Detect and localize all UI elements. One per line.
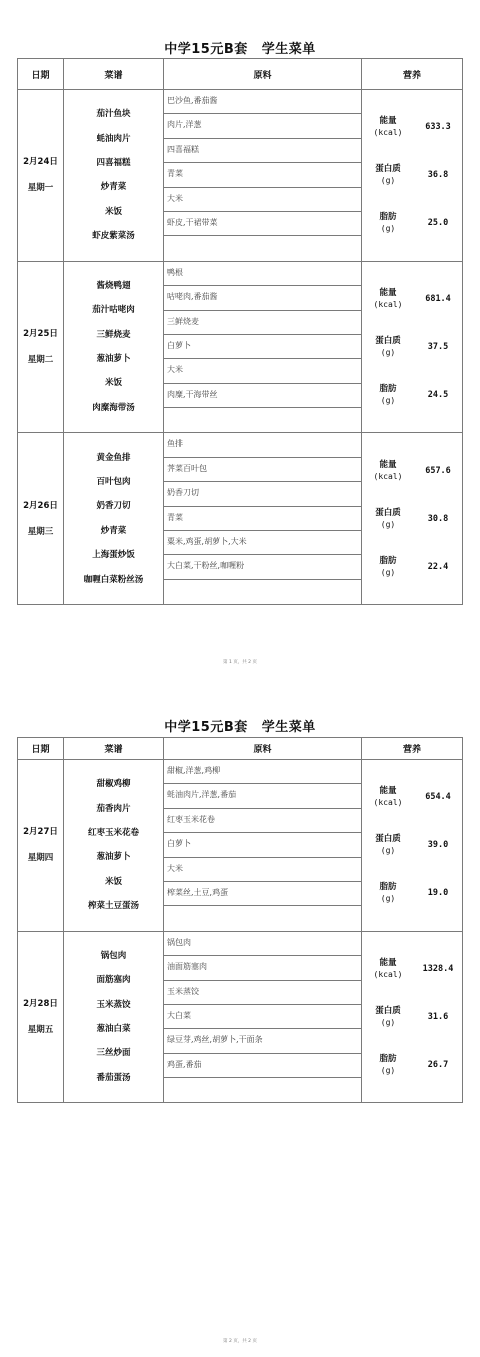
- ingredient-item: 荠菜百叶包: [164, 458, 361, 482]
- date-cell: 2月28日 星期五: [18, 931, 64, 1103]
- nutrient-value: 1328.4: [414, 964, 462, 974]
- menu-table: 日期 菜谱 原料 营养 2月24日 星期一 茄汁鱼块 蚝油肉片 四喜福糕 炒青菜…: [17, 58, 463, 605]
- dish-item: 奶香刀切: [64, 494, 163, 518]
- dish-item: 茄汁鱼块: [64, 102, 163, 126]
- dish-item: 面筋塞肉: [64, 968, 163, 992]
- ingredient-item: 大白菜,干粉丝,咖喱粉: [164, 555, 361, 579]
- page-footer: 第 1 页，共 2 页: [0, 659, 480, 665]
- nutrient-unit: (g): [362, 567, 414, 578]
- ingredient-item: 蚝油肉片,洋葱,番茄: [164, 784, 361, 808]
- nutrient-value: 654.4: [414, 792, 462, 802]
- ingredient-item: 青菜: [164, 163, 361, 187]
- dish-item: 葱油萝卜: [64, 845, 163, 869]
- dish-list: 茄汁鱼块 蚝油肉片 四喜福糕 炒青菜 米饭 虾皮紫菜汤: [64, 90, 164, 262]
- ingredient-item: [164, 236, 361, 260]
- nutrient-label: 脂肪: [362, 556, 414, 567]
- nutrient-unit: (kcal): [362, 127, 414, 138]
- ingredient-item: 大白菜: [164, 1005, 361, 1029]
- ingredient-item: 绿豆芽,鸡丝,胡萝卜,干面条: [164, 1029, 361, 1053]
- nutrient-unit: (kcal): [362, 471, 414, 482]
- nutrient-unit: (g): [362, 1065, 414, 1076]
- ingredient-item: 奶香刀切: [164, 482, 361, 506]
- ingredient-item: 白萝卜: [164, 833, 361, 857]
- nutrient-unit: (g): [362, 223, 414, 234]
- nutrient-value: 633.3: [414, 122, 462, 132]
- nutrient-label: 脂肪: [362, 1054, 414, 1065]
- dish-item: 葱油白菜: [64, 1017, 163, 1041]
- nutrient-unit: (g): [362, 1017, 414, 1028]
- weekday: 星期五: [18, 1017, 63, 1043]
- header-date: 日期: [18, 738, 64, 760]
- ingredient-item: 鸡蛋,番茄: [164, 1054, 361, 1078]
- ingredient-item: 咕咾肉,番茄酱: [164, 286, 361, 310]
- nutrition-cell: 能量(kcal) 1328.4 蛋白质(g) 31.6 脂肪(g) 26.7: [362, 931, 463, 1103]
- date: 2月27日: [18, 819, 63, 845]
- nutrition-fat: 脂肪(g) 19.0: [362, 869, 462, 917]
- nutrient-label: 能量: [362, 116, 414, 127]
- date-cell: 2月25日 星期二: [18, 261, 64, 433]
- ingredient-item: 大米: [164, 188, 361, 212]
- dish-item: 甜椒鸡柳: [64, 772, 163, 796]
- ingredient-item: 粟米,鸡蛋,胡萝卜,大米: [164, 531, 361, 555]
- weekday: 星期二: [18, 347, 63, 373]
- nutrient-value: 25.0: [414, 218, 462, 228]
- dish-item: 玉米蒸饺: [64, 993, 163, 1017]
- nutrition-cell: 能量(kcal) 654.4 蛋白质(g) 39.0 脂肪(g) 19.0: [362, 760, 463, 932]
- dish-item: 四喜福糕: [64, 151, 163, 175]
- dish-list: 黄金鱼排 百叶包肉 奶香刀切 炒青菜 上海蛋炒饭 咖喱白菜粉丝汤: [64, 433, 164, 605]
- nutrient-label: 能量: [362, 460, 414, 471]
- ingredient-list: 鸭根 咕咾肉,番茄酱 三鲜烧麦 白萝卜 大米 肉糜,干海带丝: [164, 261, 362, 433]
- dish-list: 甜椒鸡柳 茄香肉片 红枣玉米花卷 葱油萝卜 米饭 榨菜土豆蛋汤: [64, 760, 164, 932]
- dish-item: 锅包肉: [64, 944, 163, 968]
- header-ingredients: 原料: [164, 738, 362, 760]
- nutrition-energy: 能量(kcal) 681.4: [362, 275, 462, 323]
- header-dish: 菜谱: [64, 738, 164, 760]
- dish-item: 炒青菜: [64, 519, 163, 543]
- ingredient-item: [164, 1078, 361, 1102]
- nutrient-unit: (kcal): [362, 797, 414, 808]
- nutrient-label: 脂肪: [362, 384, 414, 395]
- nutrition-protein: 蛋白质(g) 31.6: [362, 993, 462, 1041]
- nutrition-cell: 能量(kcal) 633.3 蛋白质(g) 36.8 脂肪(g) 25.0: [362, 90, 463, 262]
- nutrient-value: 30.8: [414, 514, 462, 524]
- ingredient-item: 锅包肉: [164, 932, 361, 956]
- dish-item: 榨菜土豆蛋汤: [64, 894, 163, 918]
- dish-item: 三丝炒面: [64, 1041, 163, 1065]
- nutrient-value: 24.5: [414, 390, 462, 400]
- nutrient-label: 蛋白质: [362, 508, 414, 519]
- nutrition-energy: 能量(kcal) 633.3: [362, 103, 462, 151]
- ingredient-item: [164, 408, 361, 432]
- ingredient-item: 鸭根: [164, 262, 361, 286]
- nutrition-cell: 能量(kcal) 657.6 蛋白质(g) 30.8 脂肪(g) 22.4: [362, 433, 463, 605]
- date-cell: 2月27日 星期四: [18, 760, 64, 932]
- nutrient-label: 蛋白质: [362, 834, 414, 845]
- day-row: 2月25日 星期二 酱烧鸭翅 茄汁咕咾肉 三鲜烧麦 葱油萝卜 米饭 肉糜海带汤 …: [18, 261, 463, 433]
- nutrient-value: 31.6: [414, 1012, 462, 1022]
- day-row: 2月27日 星期四 甜椒鸡柳 茄香肉片 红枣玉米花卷 葱油萝卜 米饭 榨菜土豆蛋…: [18, 760, 463, 932]
- weekday: 星期三: [18, 519, 63, 545]
- page-footer: 第 2 页，共 2 页: [0, 1338, 480, 1344]
- ingredient-list: 巴沙鱼,番茄酱 肉片,洋葱 四喜福糕 青菜 大米 虾皮,干裙带菜: [164, 90, 362, 262]
- header-dish: 菜谱: [64, 59, 164, 90]
- dish-item: 米饭: [64, 200, 163, 224]
- ingredient-item: 油面筋塞肉: [164, 956, 361, 980]
- nutrition-fat: 脂肪(g) 24.5: [362, 371, 462, 419]
- dish-item: 上海蛋炒饭: [64, 543, 163, 567]
- ingredient-item: 青菜: [164, 507, 361, 531]
- date: 2月26日: [18, 493, 63, 519]
- dish-item: 米饭: [64, 371, 163, 395]
- nutrient-unit: (kcal): [362, 969, 414, 980]
- ingredient-item: 大米: [164, 858, 361, 882]
- nutrient-unit: (g): [362, 395, 414, 406]
- nutrition-fat: 脂肪(g) 22.4: [362, 543, 462, 591]
- ingredient-item: 大米: [164, 359, 361, 383]
- ingredient-item: 三鲜烧麦: [164, 311, 361, 335]
- nutrition-cell: 能量(kcal) 681.4 蛋白质(g) 37.5 脂肪(g) 24.5: [362, 261, 463, 433]
- nutrient-label: 蛋白质: [362, 336, 414, 347]
- date: 2月28日: [18, 991, 63, 1017]
- nutrient-unit: (g): [362, 845, 414, 856]
- nutrient-value: 657.6: [414, 466, 462, 476]
- dish-item: 肉糜海带汤: [64, 396, 163, 420]
- dish-item: 虾皮紫菜汤: [64, 224, 163, 248]
- nutrition-energy: 能量(kcal) 657.6: [362, 447, 462, 495]
- page-title: 中学15元B套学生菜单: [0, 716, 480, 735]
- nutrient-unit: (g): [362, 893, 414, 904]
- dish-list: 锅包肉 面筋塞肉 玉米蒸饺 葱油白菜 三丝炒面 番茄蛋汤: [64, 931, 164, 1103]
- ingredient-item: [164, 906, 361, 930]
- nutrient-value: 26.7: [414, 1060, 462, 1070]
- ingredient-item: 白萝卜: [164, 335, 361, 359]
- nutrient-label: 蛋白质: [362, 164, 414, 175]
- ingredient-item: 四喜福糕: [164, 139, 361, 163]
- date: 2月24日: [18, 149, 63, 175]
- nutrition-protein: 蛋白质(g) 36.8: [362, 151, 462, 199]
- nutrient-unit: (g): [362, 175, 414, 186]
- nutrient-unit: (g): [362, 347, 414, 358]
- ingredient-item: 肉糜,干海带丝: [164, 384, 361, 408]
- nutrient-label: 能量: [362, 958, 414, 969]
- title-main: 中学15元B套: [164, 42, 248, 57]
- dish-item: 蚝油肉片: [64, 127, 163, 151]
- nutrient-value: 39.0: [414, 840, 462, 850]
- nutrition-fat: 脂肪(g) 25.0: [362, 199, 462, 247]
- weekday: 星期一: [18, 175, 63, 201]
- nutrient-label: 能量: [362, 288, 414, 299]
- ingredient-item: 甜椒,洋葱,鸡柳: [164, 760, 361, 784]
- dish-item: 黄金鱼排: [64, 446, 163, 470]
- ingredient-list: 甜椒,洋葱,鸡柳 蚝油肉片,洋葱,番茄 红枣玉米花卷 白萝卜 大米 榨菜丝,土豆…: [164, 760, 362, 932]
- dish-item: 三鲜烧麦: [64, 323, 163, 347]
- ingredient-item: 红枣玉米花卷: [164, 809, 361, 833]
- day-row: 2月24日 星期一 茄汁鱼块 蚝油肉片 四喜福糕 炒青菜 米饭 虾皮紫菜汤 巴沙…: [18, 90, 463, 262]
- title-main: 中学15元B套: [164, 720, 248, 735]
- header-nutrition: 营养: [362, 59, 463, 90]
- nutrient-unit: (kcal): [362, 299, 414, 310]
- nutrient-label: 脂肪: [362, 212, 414, 223]
- dish-item: 炒青菜: [64, 175, 163, 199]
- nutrition-energy: 能量(kcal) 1328.4: [362, 945, 462, 993]
- date-cell: 2月24日 星期一: [18, 90, 64, 262]
- dish-item: 番茄蛋汤: [64, 1066, 163, 1090]
- nutrient-label: 脂肪: [362, 882, 414, 893]
- header-row: 日期 菜谱 原料 营养: [18, 738, 463, 760]
- dish-item: 酱烧鸭翅: [64, 274, 163, 298]
- dish-item: 茄香肉片: [64, 797, 163, 821]
- ingredient-item: 巴沙鱼,番茄酱: [164, 90, 361, 114]
- page-title: 中学15元B套学生菜单: [0, 38, 480, 57]
- menu-table: 日期 菜谱 原料 营养 2月27日 星期四 甜椒鸡柳 茄香肉片 红枣玉米花卷 葱…: [17, 737, 463, 1103]
- date-cell: 2月26日 星期三: [18, 433, 64, 605]
- dish-item: 百叶包肉: [64, 470, 163, 494]
- ingredient-list: 锅包肉 油面筋塞肉 玉米蒸饺 大白菜 绿豆芽,鸡丝,胡萝卜,干面条 鸡蛋,番茄: [164, 931, 362, 1103]
- dish-item: 茄汁咕咾肉: [64, 298, 163, 322]
- day-row: 2月26日 星期三 黄金鱼排 百叶包肉 奶香刀切 炒青菜 上海蛋炒饭 咖喱白菜粉…: [18, 433, 463, 605]
- nutrient-value: 681.4: [414, 294, 462, 304]
- nutrition-protein: 蛋白质(g) 37.5: [362, 323, 462, 371]
- weekday: 星期四: [18, 845, 63, 871]
- nutrient-value: 19.0: [414, 888, 462, 898]
- nutrient-value: 37.5: [414, 342, 462, 352]
- nutrient-label: 蛋白质: [362, 1006, 414, 1017]
- dish-list: 酱烧鸭翅 茄汁咕咾肉 三鲜烧麦 葱油萝卜 米饭 肉糜海带汤: [64, 261, 164, 433]
- ingredient-item: 肉片,洋葱: [164, 114, 361, 138]
- nutrient-label: 能量: [362, 786, 414, 797]
- ingredient-item: 玉米蒸饺: [164, 981, 361, 1005]
- header-ingredients: 原料: [164, 59, 362, 90]
- nutrition-fat: 脂肪(g) 26.7: [362, 1041, 462, 1089]
- dish-item: 葱油萝卜: [64, 347, 163, 371]
- ingredient-item: 虾皮,干裙带菜: [164, 212, 361, 236]
- ingredient-item: [164, 580, 361, 604]
- title-suffix: 学生菜单: [262, 720, 316, 735]
- header-date: 日期: [18, 59, 64, 90]
- nutrition-protein: 蛋白质(g) 30.8: [362, 495, 462, 543]
- ingredient-list: 鱼排 荠菜百叶包 奶香刀切 青菜 粟米,鸡蛋,胡萝卜,大米 大白菜,干粉丝,咖喱…: [164, 433, 362, 605]
- header-row: 日期 菜谱 原料 营养: [18, 59, 463, 90]
- dish-item: 红枣玉米花卷: [64, 821, 163, 845]
- ingredient-item: 榨菜丝,土豆,鸡蛋: [164, 882, 361, 906]
- day-row: 2月28日 星期五 锅包肉 面筋塞肉 玉米蒸饺 葱油白菜 三丝炒面 番茄蛋汤 锅…: [18, 931, 463, 1103]
- nutrient-unit: (g): [362, 519, 414, 530]
- dish-item: 米饭: [64, 870, 163, 894]
- title-suffix: 学生菜单: [262, 42, 316, 57]
- ingredient-item: 鱼排: [164, 433, 361, 457]
- nutrition-energy: 能量(kcal) 654.4: [362, 773, 462, 821]
- nutrition-protein: 蛋白质(g) 39.0: [362, 821, 462, 869]
- date: 2月25日: [18, 321, 63, 347]
- dish-item: 咖喱白菜粉丝汤: [64, 568, 163, 592]
- nutrient-value: 22.4: [414, 562, 462, 572]
- nutrient-value: 36.8: [414, 170, 462, 180]
- header-nutrition: 营养: [362, 738, 463, 760]
